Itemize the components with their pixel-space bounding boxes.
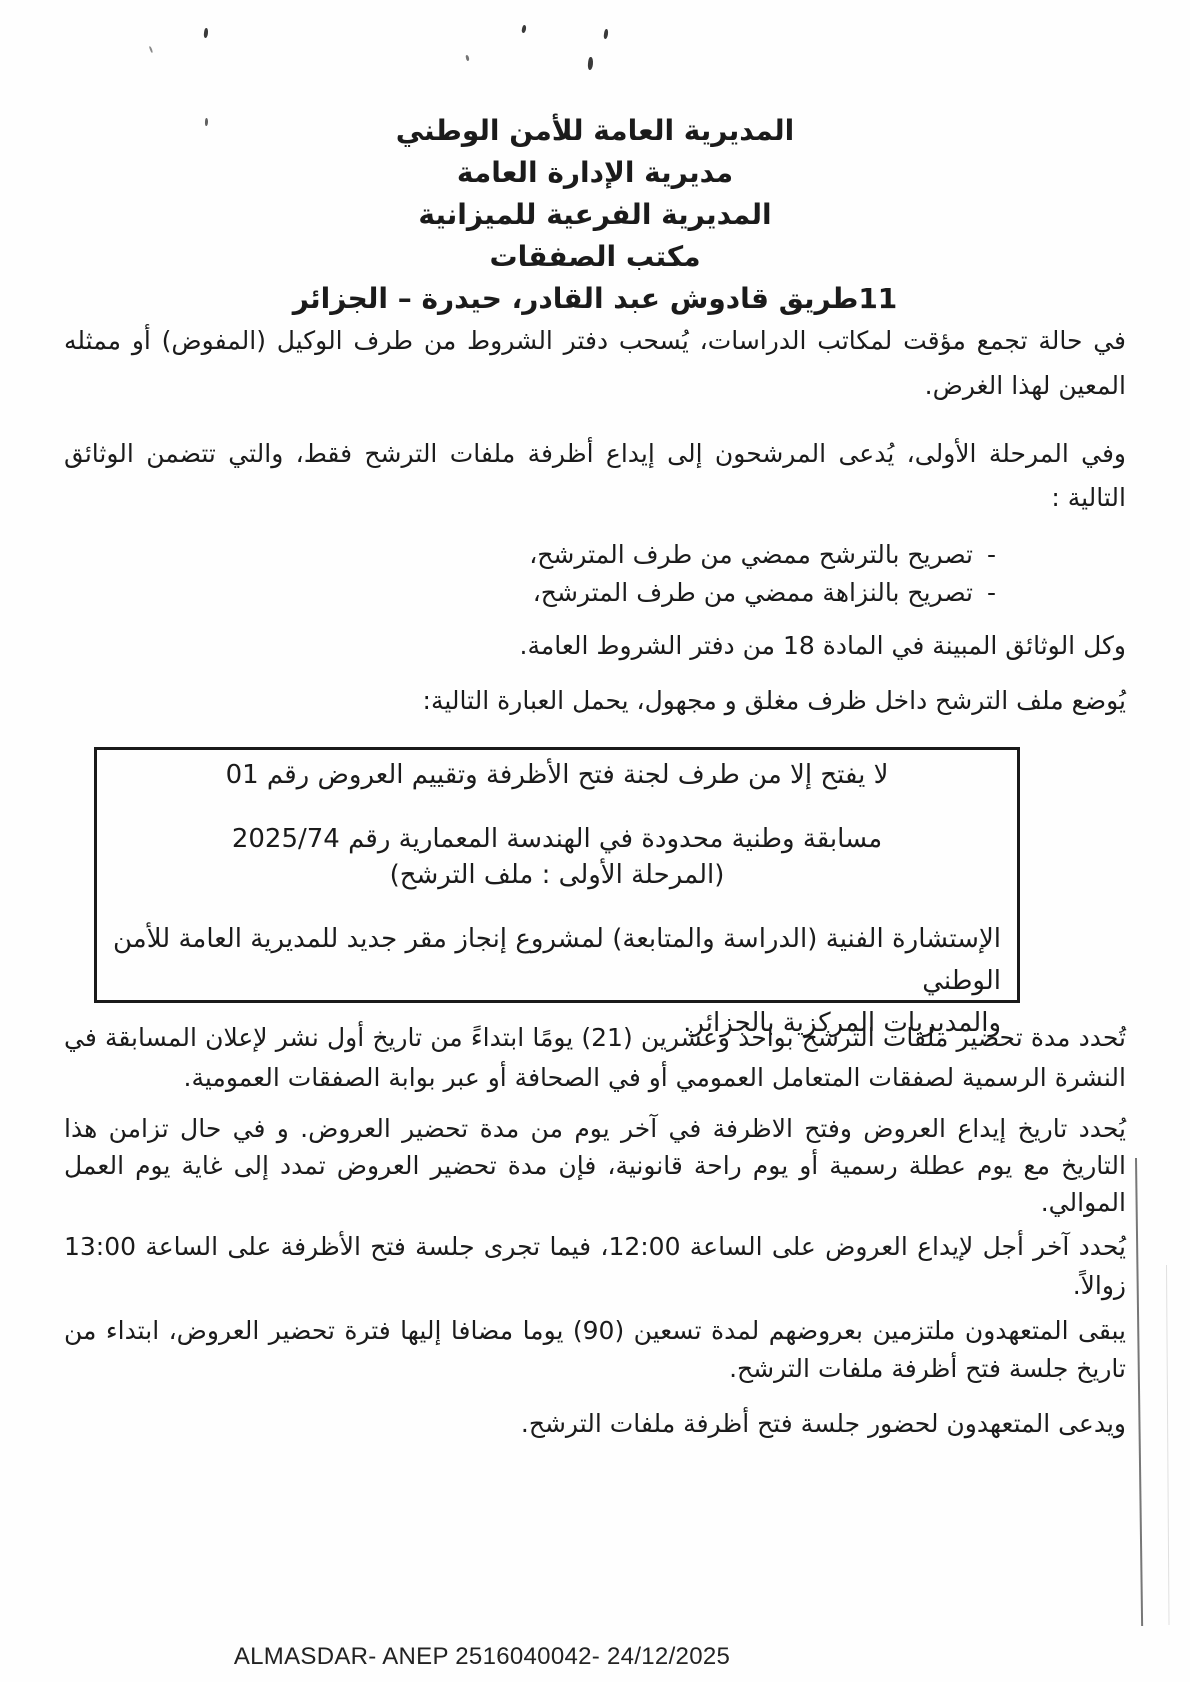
envelope-inscription-box: لا يفتح إلا من طرف لجنة فتح الأظرفة وتقي… (94, 747, 1020, 1003)
bullet-text: تصريح بالترشح ممضي من طرف المترشح، (529, 540, 973, 569)
letterhead: المديرية العامة للأمن الوطني مديرية الإد… (0, 110, 1190, 320)
paragraph-envelope-intro: يُوضع ملف الترشح داخل ظرف مغلق و مجهول، … (64, 683, 1126, 719)
bullet-text: تصريح بالنزاهة ممضي من طرف المترشح، (533, 578, 973, 607)
paragraph-preparation-period: تُحدد مدة تحضير ملفات الترشح بواحد وعشري… (64, 1018, 1126, 1098)
scan-line-artifact (1166, 1265, 1170, 1625)
paragraph-line: وفي المرحلة الأولى، يُدعى المرشحون إلى إ… (64, 432, 1126, 476)
paragraph-line: وكل الوثائق المبينة في المادة 18 من دفتر… (64, 628, 1126, 664)
paragraph-line: تاريخ جلسة فتح أظرفة ملفات الترشح. (64, 1350, 1126, 1388)
bullet-dash: - (987, 536, 996, 574)
sub-directorate-line: المديرية الفرعية للميزانية (0, 194, 1190, 236)
paragraph-deadline-hours: يُحدد آخر أجل لإيداع العروض على الساعة 1… (64, 1227, 1126, 1305)
paragraph-line: يُوضع ملف الترشح داخل ظرف مغلق و مجهول، … (64, 683, 1126, 719)
org-name-line: المديرية العامة للأمن الوطني (0, 110, 1190, 152)
documents-bullet-list: -تصريح بالترشح ممضي من طرف المترشح، -تصر… (116, 536, 996, 612)
paragraph-first-phase: وفي المرحلة الأولى، يُدعى المرشحون إلى إ… (64, 432, 1126, 520)
scanned-document-page: المديرية العامة للأمن الوطني مديرية الإد… (0, 0, 1190, 1682)
paragraph-line: التالية : (64, 476, 1126, 520)
paragraph-offers-validity: يبقى المتعهدون ملتزمين بعروضهم لمدة تسعي… (64, 1312, 1126, 1388)
office-line: مكتب الصفقات (0, 236, 1190, 278)
scan-speckle (521, 25, 527, 34)
paragraph-line: الموالي. (64, 1184, 1126, 1221)
scan-speckle (587, 57, 593, 70)
scan-speckle (465, 55, 469, 61)
scan-line-artifact (1135, 1158, 1143, 1626)
address-line: 11طريق قادوش عبد القادر، حيدرة – الجزائر (0, 278, 1190, 320)
paragraph-line: ويدعى المتعهدون لحضور جلسة فتح أظرفة ملف… (64, 1405, 1126, 1443)
directorate-line: مديرية الإدارة العامة (0, 152, 1190, 194)
paragraph-deposit-date: يُحدد تاريخ إيداع العروض وفتح الاظرفة في… (64, 1110, 1126, 1221)
do-not-open-notice: لا يفتح إلا من طرف لجنة فتح الأظرفة وتقي… (97, 760, 1017, 790)
paragraph-line: التاريخ مع يوم عطلة رسمية أو يوم راحة قا… (64, 1147, 1126, 1184)
scan-speckle (603, 29, 609, 40)
paragraph-line: المعين لهذا الغرض. (64, 363, 1126, 408)
paragraph-line: الإستشارة الفنية (الدراسة والمتابعة) لمش… (113, 918, 1001, 1002)
paragraph-line: تُحدد مدة تحضير ملفات الترشح بواحد وعشري… (64, 1018, 1126, 1058)
list-item: -تصريح بالترشح ممضي من طرف المترشح، (116, 536, 996, 574)
paragraph-line: يُحدد تاريخ إيداع العروض وفتح الاظرفة في… (64, 1110, 1126, 1147)
paragraph-line: يُحدد آخر أجل لإيداع العروض على الساعة 1… (64, 1227, 1126, 1266)
paragraph-line: في حالة تجمع مؤقت لمكاتب الدراسات، يُسحب… (64, 318, 1126, 363)
paragraph-line: يبقى المتعهدون ملتزمين بعروضهم لمدة تسعي… (64, 1312, 1126, 1350)
publication-reference: ALMASDAR- ANEP 2516040042- 24/12/2025 (114, 1643, 850, 1671)
competition-title: مسابقة وطنية محدودة في الهندسة المعمارية… (97, 824, 1017, 854)
scan-speckle (149, 46, 153, 53)
paragraph-invitation: ويدعى المتعهدون لحضور جلسة فتح أظرفة ملف… (64, 1405, 1126, 1443)
paragraph-article-18: وكل الوثائق المبينة في المادة 18 من دفتر… (64, 628, 1126, 664)
scan-speckle (203, 28, 208, 38)
paragraph-line: زوالاً. (64, 1266, 1126, 1305)
phase-subtitle: (المرحلة الأولى : ملف الترشح) (97, 860, 1017, 890)
paragraph-line: النشرة الرسمية لصفقات المتعامل العمومي أ… (64, 1058, 1126, 1098)
list-item: -تصريح بالنزاهة ممضي من طرف المترشح، (116, 574, 996, 612)
bullet-dash: - (987, 574, 996, 612)
paragraph-withdraw-terms: في حالة تجمع مؤقت لمكاتب الدراسات، يُسحب… (64, 318, 1126, 408)
